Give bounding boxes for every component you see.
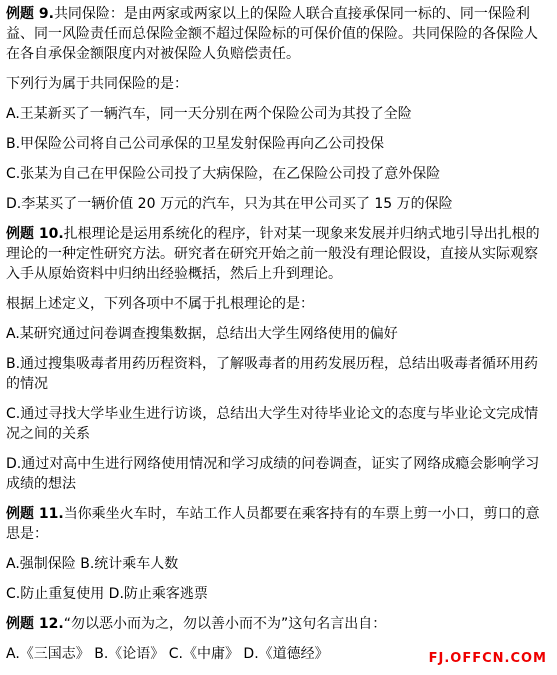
- question-9-option-a: A.王某新买了一辆汽车，同一天分别在两个保险公司为其投了全险: [6, 104, 551, 124]
- question-11-label: 例题 11.: [6, 506, 64, 522]
- question-10-intro: 例题 10.扎根理论是运用系统化的程序，针对某一现象来发展并归纳式地引导出扎根的…: [6, 224, 551, 284]
- question-10-prompt: 根据上述定义，下列各项中不属于扎根理论的是：: [6, 294, 551, 314]
- question-11-intro: 例题 11.当你乘坐火车时，车站工作人员都要在乘客持有的车票上剪一小口，剪口的意…: [6, 504, 551, 544]
- question-10-label: 例题 10.: [6, 226, 64, 242]
- watermark-text: FJ.OFFCN.COM: [429, 649, 547, 669]
- question-10-option-c: C.通过寻找大学毕业生进行访谈，总结出大学生对待毕业论文的态度与毕业论文完成情况…: [6, 404, 551, 444]
- question-9-option-c: C.张某为自己在甲保险公司投了大病保险，在乙保险公司投了意外保险: [6, 164, 551, 184]
- question-10-body: 扎根理论是运用系统化的程序，针对某一现象来发展并归纳式地引导出扎根的理论的一种定…: [6, 226, 540, 282]
- question-9-option-d: D.李某买了一辆价值 20 万元的汽车，只为其在甲公司买了 15 万的保险: [6, 194, 551, 214]
- question-9-body: 共同保险：是由两家或两家以上的保险人联合直接承保同一标的、同一保险利益、同一风险…: [6, 6, 538, 62]
- question-11-options-ab: A.强制保险 B.统计乘车人数: [6, 554, 551, 574]
- exam-document-page: 例题 9.共同保险：是由两家或两家以上的保险人联合直接承保同一标的、同一保险利益…: [0, 0, 557, 675]
- question-12-label: 例题 12.: [6, 616, 64, 632]
- question-12-intro: 例题 12.“勿以恶小而为之，勿以善小而不为”这句名言出自：: [6, 614, 551, 634]
- question-10-option-b: B.通过搜集吸毒者用药历程资料，了解吸毒者的用药发展历程，总结出吸毒者循环用药的…: [6, 354, 551, 394]
- question-11-options-cd: C.防止重复使用 D.防止乘客逃票: [6, 584, 551, 604]
- question-9-label: 例题 9.: [6, 6, 54, 22]
- question-12-body: “勿以恶小而为之，勿以善小而不为”这句名言出自：: [64, 616, 387, 632]
- question-9-intro: 例题 9.共同保险：是由两家或两家以上的保险人联合直接承保同一标的、同一保险利益…: [6, 4, 551, 64]
- question-11-body: 当你乘坐火车时，车站工作人员都要在乘客持有的车票上剪一小口，剪口的意思是：: [6, 506, 540, 542]
- question-9-prompt: 下列行为属于共同保险的是：: [6, 74, 551, 94]
- question-10-option-a: A.某研究通过问卷调查搜集数据，总结出大学生网络使用的偏好: [6, 324, 551, 344]
- question-9-option-b: B.甲保险公司将自己公司承保的卫星发射保险再向乙公司投保: [6, 134, 551, 154]
- question-10-option-d: D.通过对高中生进行网络使用情况和学习成绩的问卷调查，证实了网络成瘾会影响学习成…: [6, 454, 551, 494]
